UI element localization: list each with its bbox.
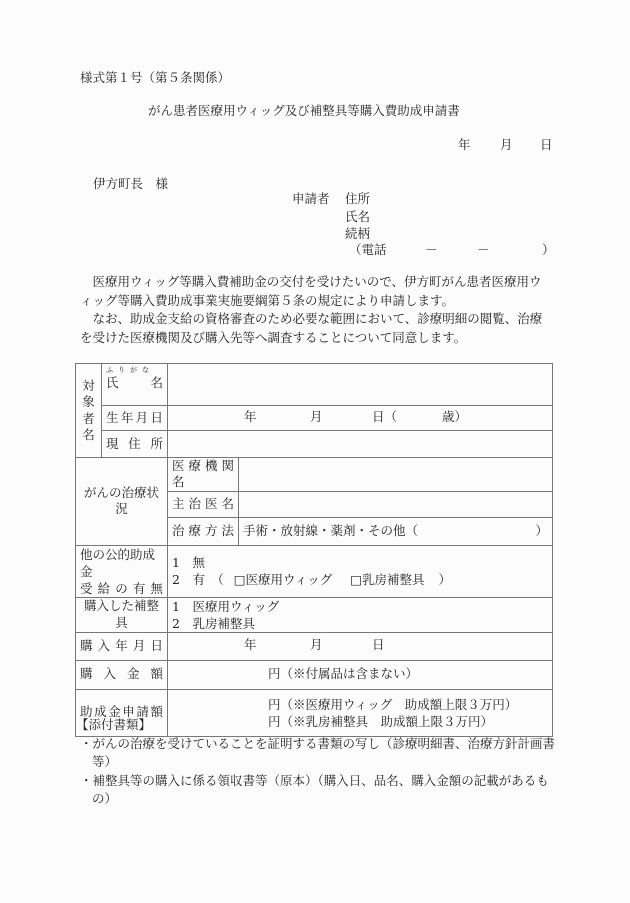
- checkbox-breast-prosthesis[interactable]: □乳房補整具: [350, 572, 424, 587]
- applicant-name-label: 氏名: [345, 211, 370, 224]
- date-year-label: 年: [458, 139, 471, 152]
- attachment-item: ・がんの治療を受けていることを証明する書類の写し（診療明細書、治療方針計画書等）: [80, 735, 562, 772]
- table-row-other-subsidy: 他の公的助成金 受給の有無 1 無 2 有 （ □医療用ウィッグ □乳房補整具 …: [76, 545, 553, 597]
- furigana-label: ふりがな: [106, 366, 163, 375]
- table-row-hospital: がんの治療状況 医療機関名: [76, 458, 553, 492]
- table-row-address: 現住所: [76, 431, 553, 458]
- applicant-phone-label: （電話: [349, 244, 387, 257]
- purchased-item-options: 1 医療用ウィッグ 2 乳房補整具: [168, 597, 553, 632]
- purchase-date-input[interactable]: 年 月 日: [168, 632, 553, 660]
- option-none[interactable]: 1 無: [172, 554, 548, 571]
- purchase-amount-input[interactable]: 円（※付属品は含まない）: [168, 660, 553, 689]
- applicant-relation-label: 続柄: [345, 228, 370, 241]
- applicant-address-label: 住所: [345, 193, 370, 206]
- checkbox-medical-wig[interactable]: □医療用ウィッグ: [234, 572, 333, 587]
- method-label: 治療方法: [168, 517, 239, 545]
- application-form-table: 対 象 者 名 ふりがな 氏 名 生年月日 年 月 日（ 歳） 現住所: [75, 363, 553, 737]
- address-input[interactable]: [168, 431, 553, 458]
- phone-close: ）: [542, 244, 555, 257]
- applicant-label: 申請者: [292, 193, 330, 206]
- purchased-item-label: 購入した補整具: [76, 597, 168, 632]
- table-row-dob: 生年月日 年 月 日（ 歳）: [76, 406, 553, 431]
- document-title: がん患者医療用ウィッグ及び補整具等購入費助成申請書: [148, 105, 460, 118]
- phone-dash-2: －: [477, 244, 490, 257]
- attachments-heading: 【添付書類】: [76, 716, 562, 735]
- table-row-name: 対 象 者 名 ふりがな 氏 名: [76, 364, 553, 406]
- statement-paragraph-2: なお、助成金支給の資格審査のため必要な範囲において、診療明細の閲覧、治療を受けた…: [80, 310, 552, 347]
- doctor-input[interactable]: [239, 491, 553, 517]
- dob-label: 生年月日: [102, 406, 168, 431]
- application-statement: 医療用ウィッグ等購入費補助金の交付を受けたいので、伊方町がん患者医療用ウィッグ等…: [80, 273, 552, 347]
- phone-dash-1: －: [425, 244, 438, 257]
- option-breast-prosthesis[interactable]: 2 乳房補整具: [172, 615, 548, 632]
- treatment-status-label: がんの治療状況: [76, 458, 168, 546]
- option-medical-wig[interactable]: 1 医療用ウィッグ: [172, 598, 548, 615]
- hospital-label: 医療機関名: [168, 458, 239, 492]
- form-number: 様式第１号（第５条関係）: [80, 72, 230, 85]
- date-month-label: 月: [500, 139, 513, 152]
- date-day-label: 日: [540, 139, 553, 152]
- doctor-label: 主治医名: [168, 491, 239, 517]
- name-input[interactable]: [168, 364, 553, 406]
- dob-input[interactable]: 年 月 日（ 歳）: [168, 406, 553, 431]
- addressee: 伊方町長 様: [93, 178, 168, 191]
- attachment-item: ・補整具等の購入に係る領収書等（原本）（購入日、品名、購入金額の記載があるもの）: [80, 772, 562, 809]
- purchase-date-label: 購入年月日: [76, 632, 168, 660]
- table-row-purchase-amount: 購入金額 円（※付属品は含まない）: [76, 660, 553, 689]
- table-row-purchased-item: 購入した補整具 1 医療用ウィッグ 2 乳房補整具: [76, 597, 553, 632]
- purchase-amount-label: 購入金額: [76, 660, 168, 689]
- other-subsidy-label: 他の公的助成金 受給の有無: [76, 545, 168, 597]
- address-label: 現住所: [102, 431, 168, 458]
- attachments-section: 【添付書類】 ・がんの治療を受けていることを証明する書類の写し（診療明細書、治療…: [80, 716, 562, 809]
- method-input[interactable]: 手術・放射線・薬剤・その他（ ）: [239, 517, 553, 545]
- other-subsidy-options: 1 無 2 有 （ □医療用ウィッグ □乳房補整具 ）: [168, 545, 553, 597]
- option-yes[interactable]: 2 有 （ □医療用ウィッグ □乳房補整具 ）: [172, 571, 548, 588]
- target-person-group-label: 対 象 者 名: [76, 364, 102, 458]
- name-label-cell: ふりがな 氏 名: [102, 364, 168, 406]
- statement-paragraph-1: 医療用ウィッグ等購入費補助金の交付を受けたいので、伊方町がん患者医療用ウィッグ等…: [80, 273, 552, 310]
- hospital-input[interactable]: [239, 458, 553, 492]
- table-row-purchase-date: 購入年月日 年 月 日: [76, 632, 553, 660]
